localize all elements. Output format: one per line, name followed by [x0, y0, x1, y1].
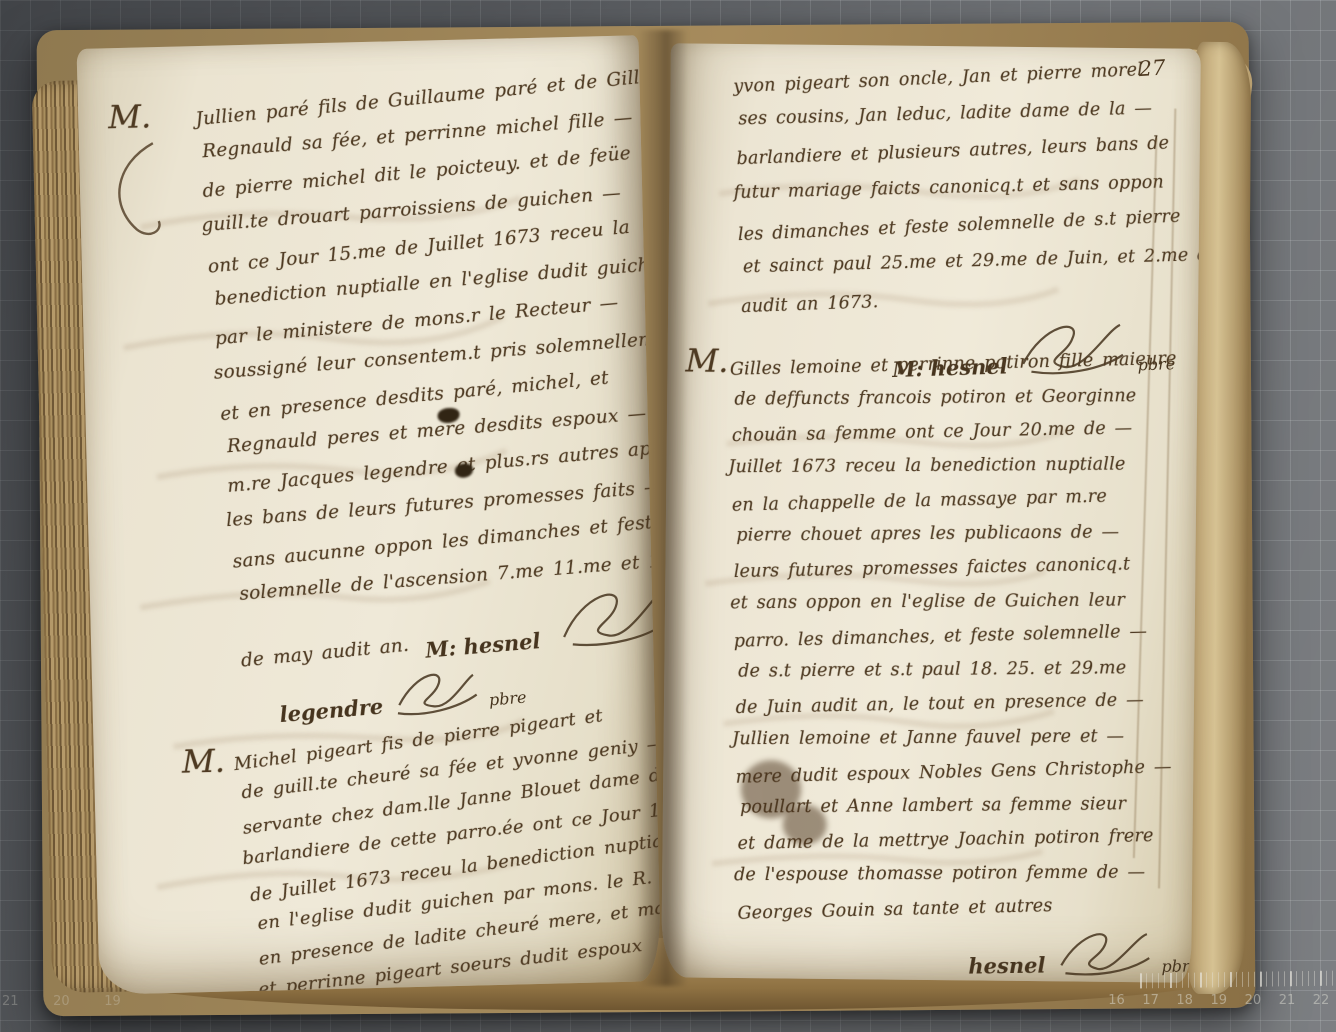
ruler-number: 19 [104, 994, 150, 1009]
signature-title: pbre [488, 687, 527, 709]
mat-ruler-numbers: 16 17 18 19 20 21 22 23 [1102, 989, 1336, 1008]
photo-stage: M. Jullien paré fils de Guillaume paré e… [0, 0, 1336, 1032]
book-gutter-shadow [638, 30, 688, 986]
ruler-number: 20 [1238, 993, 1267, 1008]
ruler-number: 17 [1136, 993, 1165, 1008]
margin-initial: M. [685, 341, 728, 379]
ruler-number: 16 [1102, 993, 1131, 1008]
margin-initial: M. [108, 97, 152, 136]
ruler-number: 20 [53, 994, 99, 1009]
margin-initial: M. [182, 742, 226, 781]
ruler-number: 22 [1307, 993, 1336, 1008]
marriage-record-pare-michel: Jullien paré fils de Guillaume paré et d… [194, 57, 662, 730]
signature-paraph-flourish [390, 661, 480, 718]
mat-ruler-numbers-left: 21 20 19 [2, 990, 150, 1009]
marriage-record-lemoine-potiron: Gilles lemoine et perrinne potiron fille… [730, 343, 1199, 981]
right-page: 27 yvon pigeart son oncle, Jan et pierre… [661, 43, 1201, 982]
marriage-record-pigeart-witnesses: yvon pigeart son oncle, Jan et pierre mo… [733, 49, 1201, 387]
ruler-number: 19 [1204, 993, 1233, 1008]
left-page: M. Jullien paré fils de Guillaume paré e… [77, 35, 662, 994]
mat-ruler-ticks [1140, 971, 1336, 989]
ruler-number: 18 [1170, 993, 1199, 1008]
marriage-record-pigeart: Michel pigeart fis de pierre pigeart et … [232, 688, 662, 994]
ink-smudge [783, 804, 827, 844]
signature-name: hesnel [968, 953, 1045, 979]
signature-paraph-flourish [1055, 924, 1152, 977]
initial-flourish [107, 139, 167, 240]
signature-name: legendre [279, 693, 384, 727]
ruler-number: 21 [1272, 993, 1301, 1008]
ruler-number: 21 [2, 994, 48, 1009]
